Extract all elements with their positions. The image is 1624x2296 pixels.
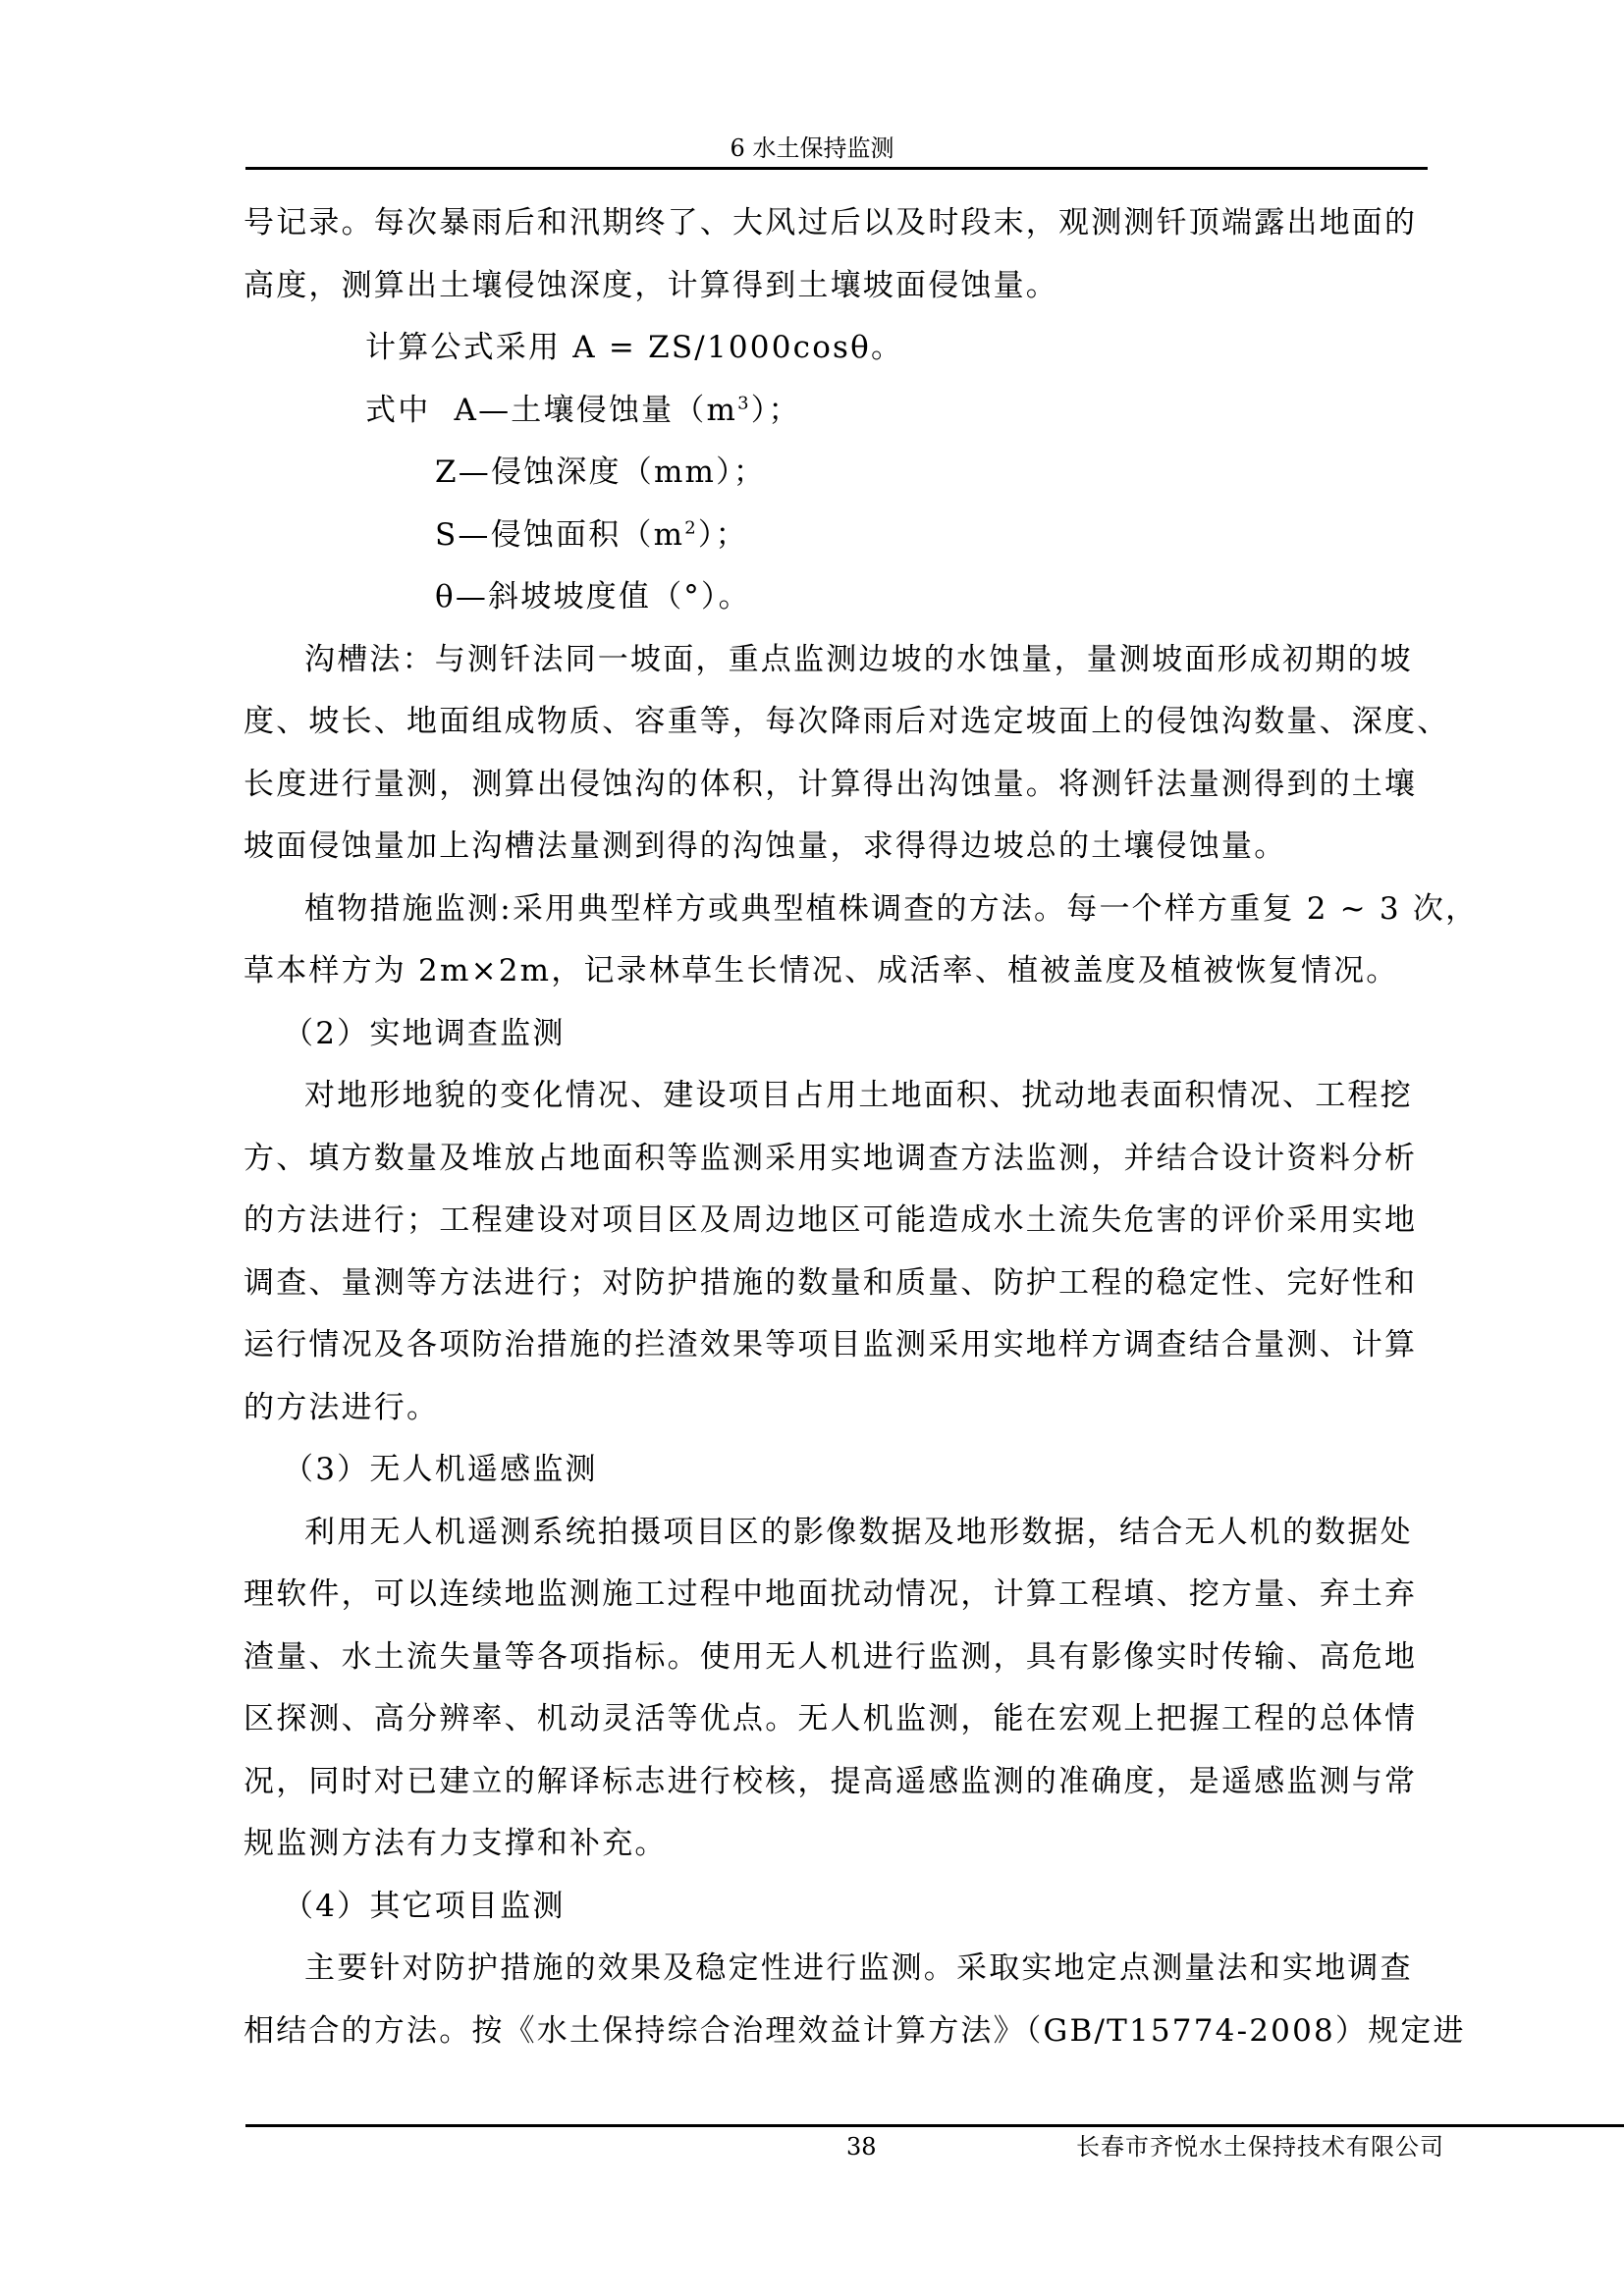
text-line: 长度进行量测，测算出侵蚀沟的体积，计算得出沟蚀量。将测钎法量测得到的土壤 — [244, 754, 1432, 817]
text-line: 度、坡长、地面组成物质、容重等，每次降雨后对选定坡面上的侵蚀沟数量、深度、 — [244, 691, 1432, 754]
var-tail: ）； — [698, 517, 748, 553]
section-heading: （3）无人机遥感监测 — [244, 1439, 1432, 1502]
page-number: 38 — [846, 2132, 877, 2162]
var-label: A—土壤侵蚀量（m — [455, 393, 738, 428]
var-tail: ）； — [751, 393, 801, 428]
var-label: θ—斜坡坡度值（°）。 — [435, 579, 751, 614]
var-label: Z—侵蚀深度（mm）； — [435, 454, 766, 490]
text-line: 的方法进行；工程建设对项目区及周边地区可能造成水土流失危害的评价采用实地 — [244, 1190, 1432, 1253]
text-line: 对地形地貌的变化情况、建设项目占用土地面积、扰动地表面积情况、工程挖 — [244, 1065, 1432, 1128]
text-line: 规监测方法有力支撑和补充。 — [244, 1813, 1432, 1876]
page-body: 号记录。每次暴雨后和汛期终了、大风过后以及时段末，观测测钎顶端露出地面的 高度，… — [244, 192, 1432, 2062]
text-line: 坡面侵蚀量加上沟槽法量测到得的沟蚀量，求得得边坡总的土壤侵蚀量。 — [244, 816, 1432, 879]
running-header: 6 水土保持监测 — [0, 133, 1624, 163]
company-name: 长春市齐悦水土保持技术有限公司 — [1076, 2132, 1444, 2162]
text-line: 主要针对防护措施的效果及稳定性进行监测。采取实地定点测量法和实地调查 — [244, 1938, 1432, 2001]
text-line: 沟槽法：与测钎法同一坡面，重点监测边坡的水蚀量，量测坡面形成初期的坡 — [244, 629, 1432, 692]
section-heading: （2）实地调查监测 — [244, 1003, 1432, 1066]
text-line: 调查、量测等方法进行；对防护措施的数量和质量、防护工程的稳定性、完好性和 — [244, 1253, 1432, 1315]
text-line: 渣量、水土流失量等各项指标。使用无人机进行监测，具有影像实时传输、高危地 — [244, 1627, 1432, 1689]
where-prefix: 式中 — [365, 393, 430, 428]
text-line: 高度，测算出土壤侵蚀深度，计算得到土壤坡面侵蚀量。 — [244, 255, 1432, 318]
text-line: 理软件，可以连续地监测施工过程中地面扰动情况，计算工程填、挖方量、弃土弃 — [244, 1564, 1432, 1627]
superscript: 2 — [684, 517, 698, 538]
formula-var-z: Z—侵蚀深度（mm）； — [244, 442, 1432, 505]
header-rule — [245, 167, 1428, 170]
formula-var-a: 式中 A—土壤侵蚀量（m3）； — [244, 380, 1432, 443]
text-line: 相结合的方法。按《水土保持综合治理效益计算方法》（GB/T15774-2008）… — [244, 2001, 1432, 2063]
text-line: 号记录。每次暴雨后和汛期终了、大风过后以及时段末，观测测钎顶端露出地面的 — [244, 192, 1432, 255]
text-line: 运行情况及各项防治措施的拦渣效果等项目监测采用实地样方调查结合量测、计算 — [244, 1314, 1432, 1377]
superscript: 3 — [737, 393, 751, 413]
formula-var-theta: θ—斜坡坡度值（°）。 — [244, 566, 1432, 629]
text-line: 的方法进行。 — [244, 1377, 1432, 1440]
text-line: 植物措施监测:采用典型样方或典型植株调查的方法。每一个样方重复 2 ~ 3 次， — [244, 879, 1432, 941]
text-line: 方、填方数量及堆放占地面积等监测采用实地调查方法监测，并结合设计资料分析 — [244, 1128, 1432, 1191]
formula-var-s: S—侵蚀面积（m2）； — [244, 505, 1432, 567]
section-heading: （4）其它项目监测 — [244, 1876, 1432, 1939]
text-line: 利用无人机遥测系统拍摄项目区的影像数据及地形数据，结合无人机的数据处 — [244, 1502, 1432, 1565]
var-label: S—侵蚀面积（m — [435, 517, 684, 553]
text-line: 区探测、高分辨率、机动灵活等优点。无人机监测，能在宏观上把握工程的总体情 — [244, 1688, 1432, 1751]
footer-rule — [245, 2124, 1624, 2127]
text-line: 草本样方为 2m×2m，记录林草生长情况、成活率、植被盖度及植被恢复情况。 — [244, 940, 1432, 1003]
text-line: 况，同时对已建立的解译标志进行校核，提高遥感监测的准确度，是遥感监测与常 — [244, 1751, 1432, 1814]
formula-line: 计算公式采用 A = ZS/1000cosθ。 — [244, 317, 1432, 380]
